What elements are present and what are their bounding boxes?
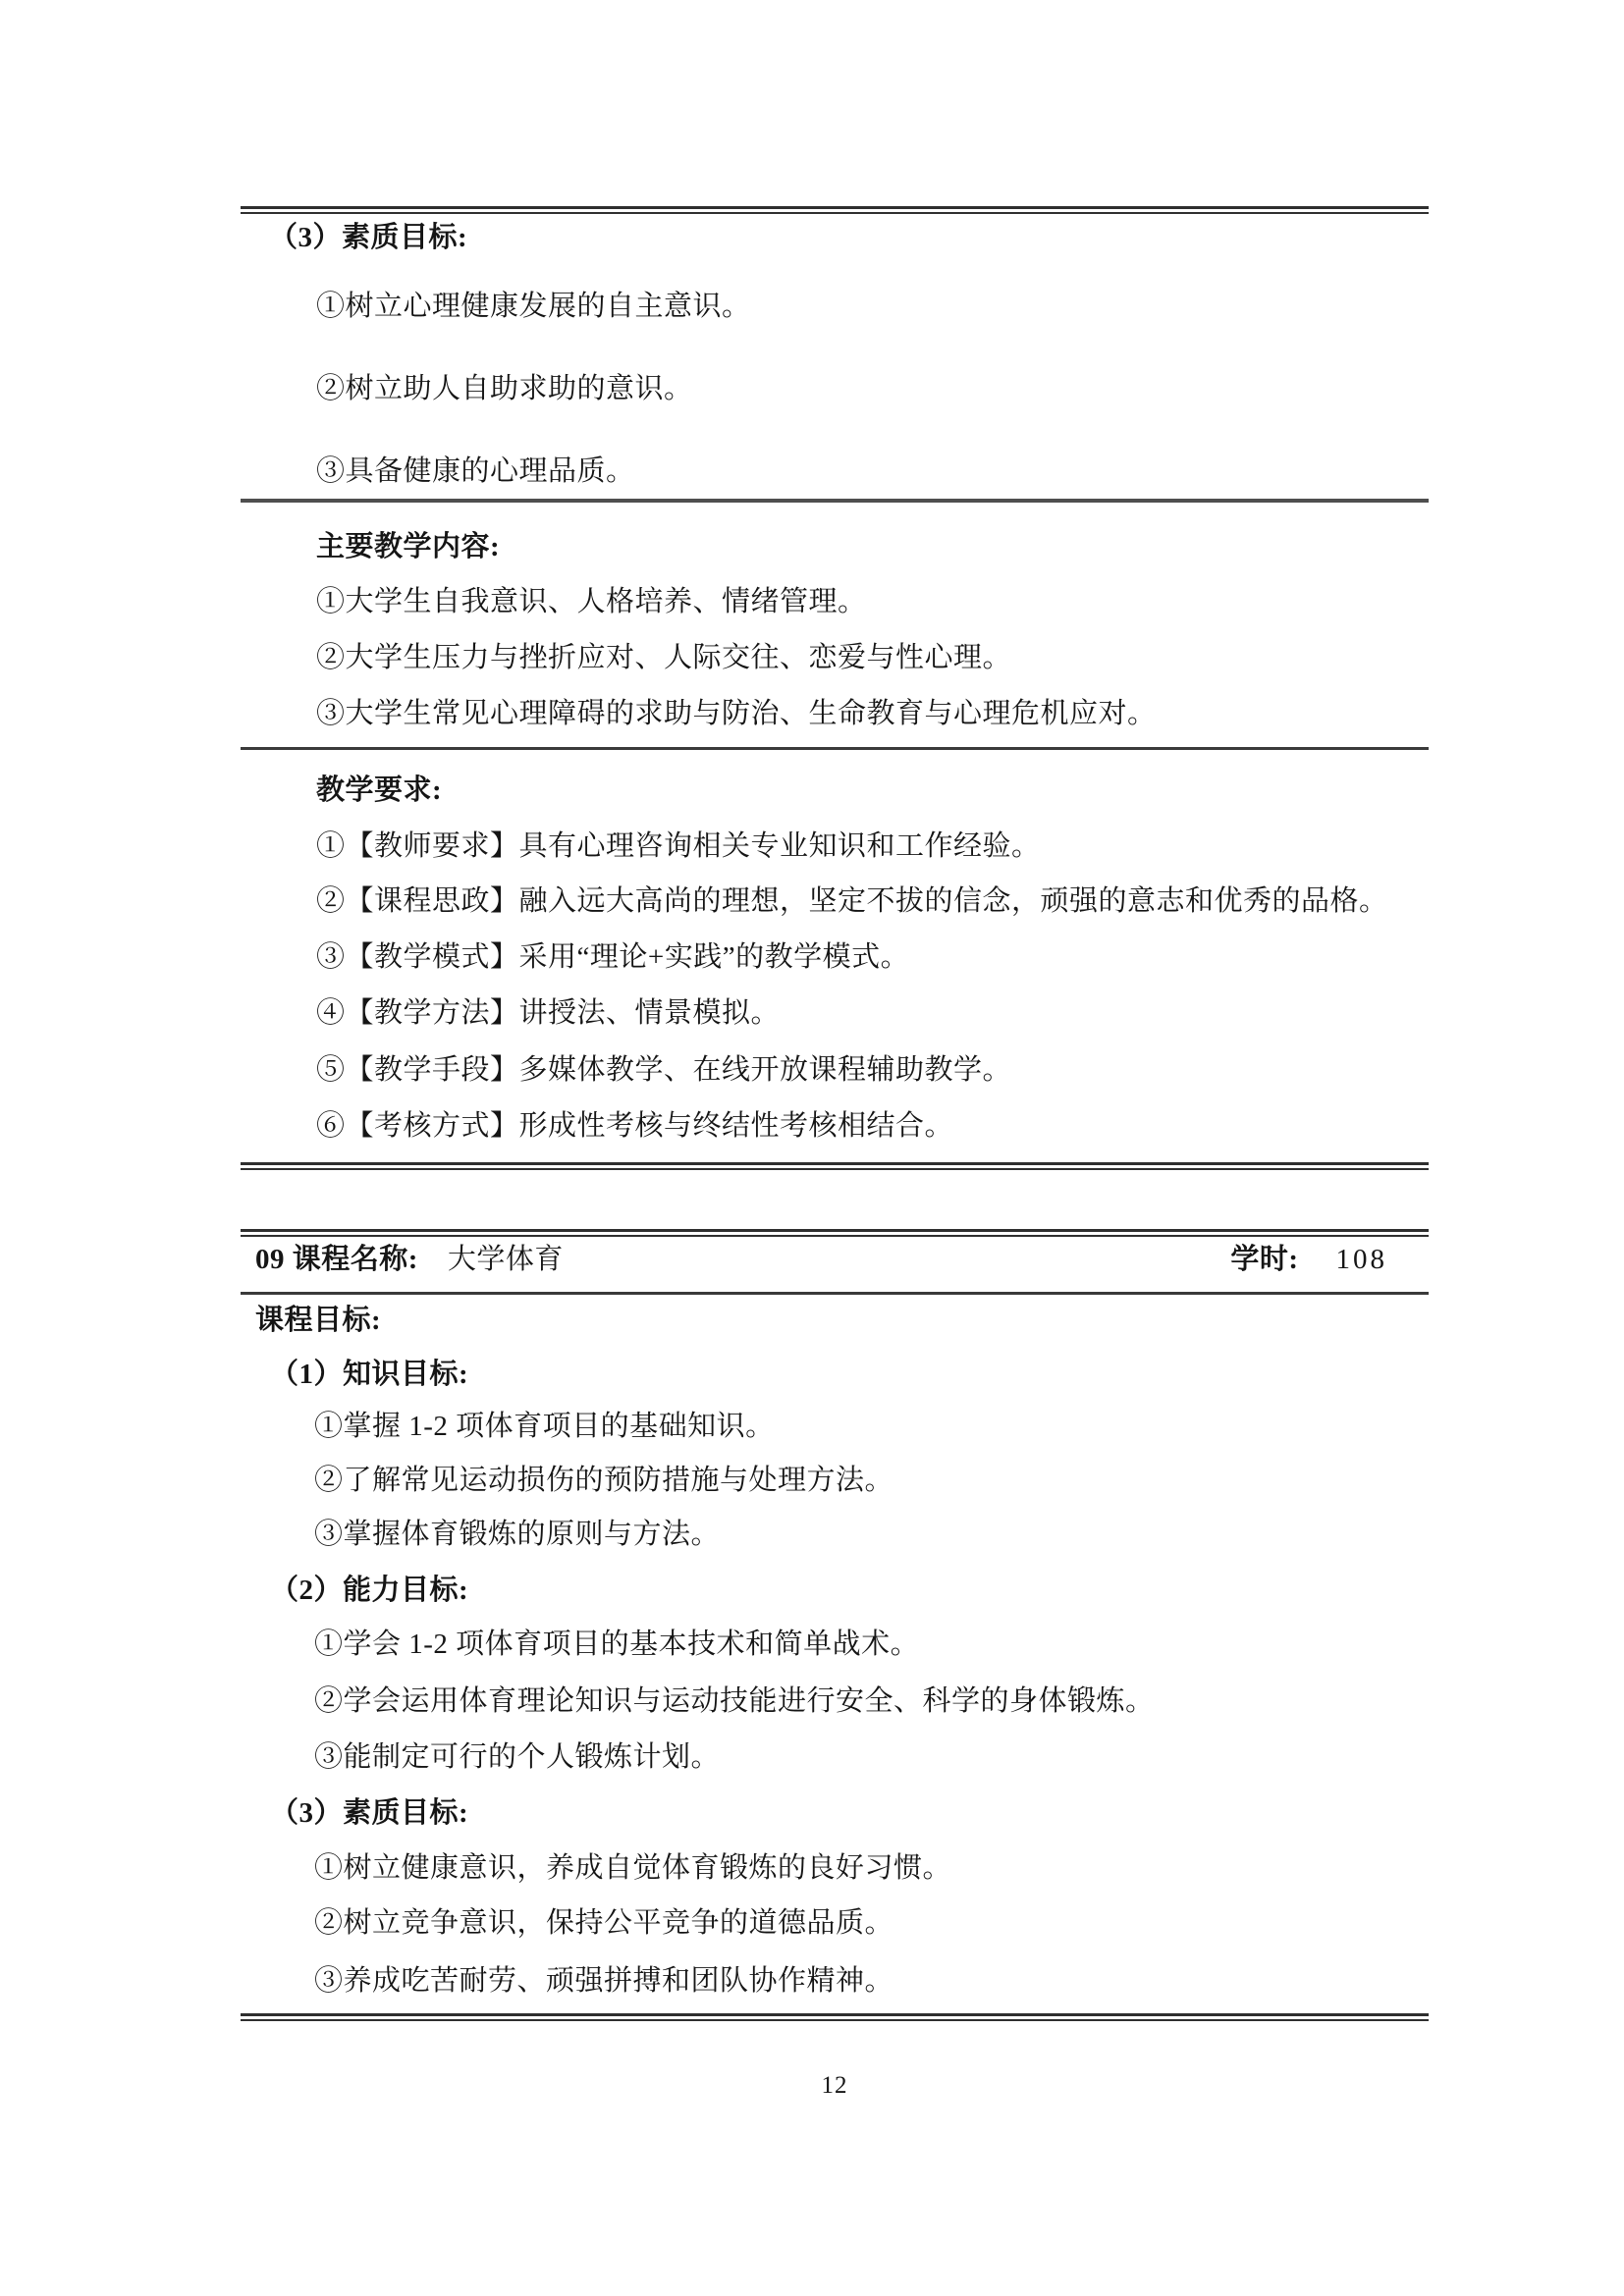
section-divider: [241, 747, 1429, 750]
objective-item: ②树立竞争意识，保持公平竞争的道德品质。: [241, 1901, 1429, 1945]
objective-item: ③掌握体育锻炼的原则与方法。: [241, 1513, 1429, 1556]
objective-item: ①树立健康意识，养成自觉体育锻炼的良好习惯。: [241, 1846, 1429, 1890]
objective-item: ②树立助人自助求助的意识。: [241, 367, 1429, 410]
quality-objectives-heading: （3）素质目标:: [241, 216, 1429, 259]
course-header-right: 学时:108: [1230, 1238, 1387, 1281]
objective-item: ①树立心理健康发展的自主意识。: [241, 285, 1429, 328]
teaching-requirement-item: ⑤【教学手段】多媒体教学、在线开放课程辅助教学。: [241, 1048, 1429, 1092]
objective-item: ②了解常见运动损伤的预防措施与处理方法。: [241, 1459, 1429, 1502]
course-header-divider: [241, 1292, 1429, 1295]
objective-item: ③养成吃苦耐劳、顽强拼搏和团队协作精神。: [241, 1959, 1429, 2002]
teaching-content-item: ②大学生压力与挫折应对、人际交往、恋爱与性心理。: [241, 636, 1429, 679]
teaching-requirement-item: ②【课程思政】融入远大高尚的理想，坚定不拔的信念，顽强的意志和优秀的品格。: [241, 880, 1429, 923]
teaching-requirement-item: ①【教师要求】具有心理咨询相关专业知识和工作经验。: [241, 825, 1429, 868]
section-divider: [241, 499, 1429, 503]
knowledge-objectives-heading: （1）知识目标:: [241, 1353, 1429, 1396]
course-name: 大学体育: [448, 1244, 564, 1275]
ability-objectives-heading: （2）能力目标:: [241, 1569, 1429, 1612]
quality-objectives-heading: （3）素质目标:: [241, 1791, 1429, 1835]
teaching-requirement-item: ⑥【考核方式】形成性考核与终结性考核相结合。: [241, 1104, 1429, 1148]
teaching-content-item: ③大学生常见心理障碍的求助与防治、生命教育与心理危机应对。: [241, 692, 1429, 735]
document-page: （3）素质目标: ①树立心理健康发展的自主意识。 ②树立助人自助求助的意识。 ③…: [241, 206, 1429, 2101]
hours-value: 108: [1336, 1244, 1388, 1275]
teaching-requirements-heading: 教学要求:: [241, 769, 1429, 812]
page-bottom-double-divider: [241, 2013, 1429, 2021]
objective-item: ③能制定可行的个人锻炼计划。: [241, 1735, 1429, 1779]
course-goals-heading: 课程目标:: [241, 1299, 1429, 1342]
teaching-content-item: ①大学生自我意识、人格培养、情绪管理。: [241, 580, 1429, 623]
teaching-content-heading: 主要教学内容:: [241, 525, 1429, 568]
hours-label: 学时:: [1230, 1244, 1298, 1275]
page-number: 12: [241, 2071, 1429, 2101]
course-header-row: 09 课程名称:大学体育 学时:108: [241, 1238, 1429, 1281]
objective-item: ①学会 1-2 项体育项目的基本技术和简单战术。: [241, 1623, 1429, 1666]
course-header-left: 09 课程名称:大学体育: [255, 1238, 564, 1281]
section-top-double-divider: [241, 206, 1429, 214]
course-number-label: 09 课程名称:: [255, 1244, 418, 1275]
teaching-requirement-item: ④【教学方法】讲授法、情景模拟。: [241, 991, 1429, 1035]
objective-item: ②学会运用体育理论知识与运动技能进行安全、科学的身体锻炼。: [241, 1680, 1429, 1723]
objective-item: ③具备健康的心理品质。: [241, 450, 1429, 493]
course-block-end-double-divider: [241, 1162, 1429, 1170]
course-block-start-double-divider: [241, 1229, 1429, 1237]
objective-item: ①掌握 1-2 项体育项目的基础知识。: [241, 1405, 1429, 1448]
teaching-requirement-item: ③【教学模式】采用“理论+实践”的教学模式。: [241, 935, 1429, 979]
